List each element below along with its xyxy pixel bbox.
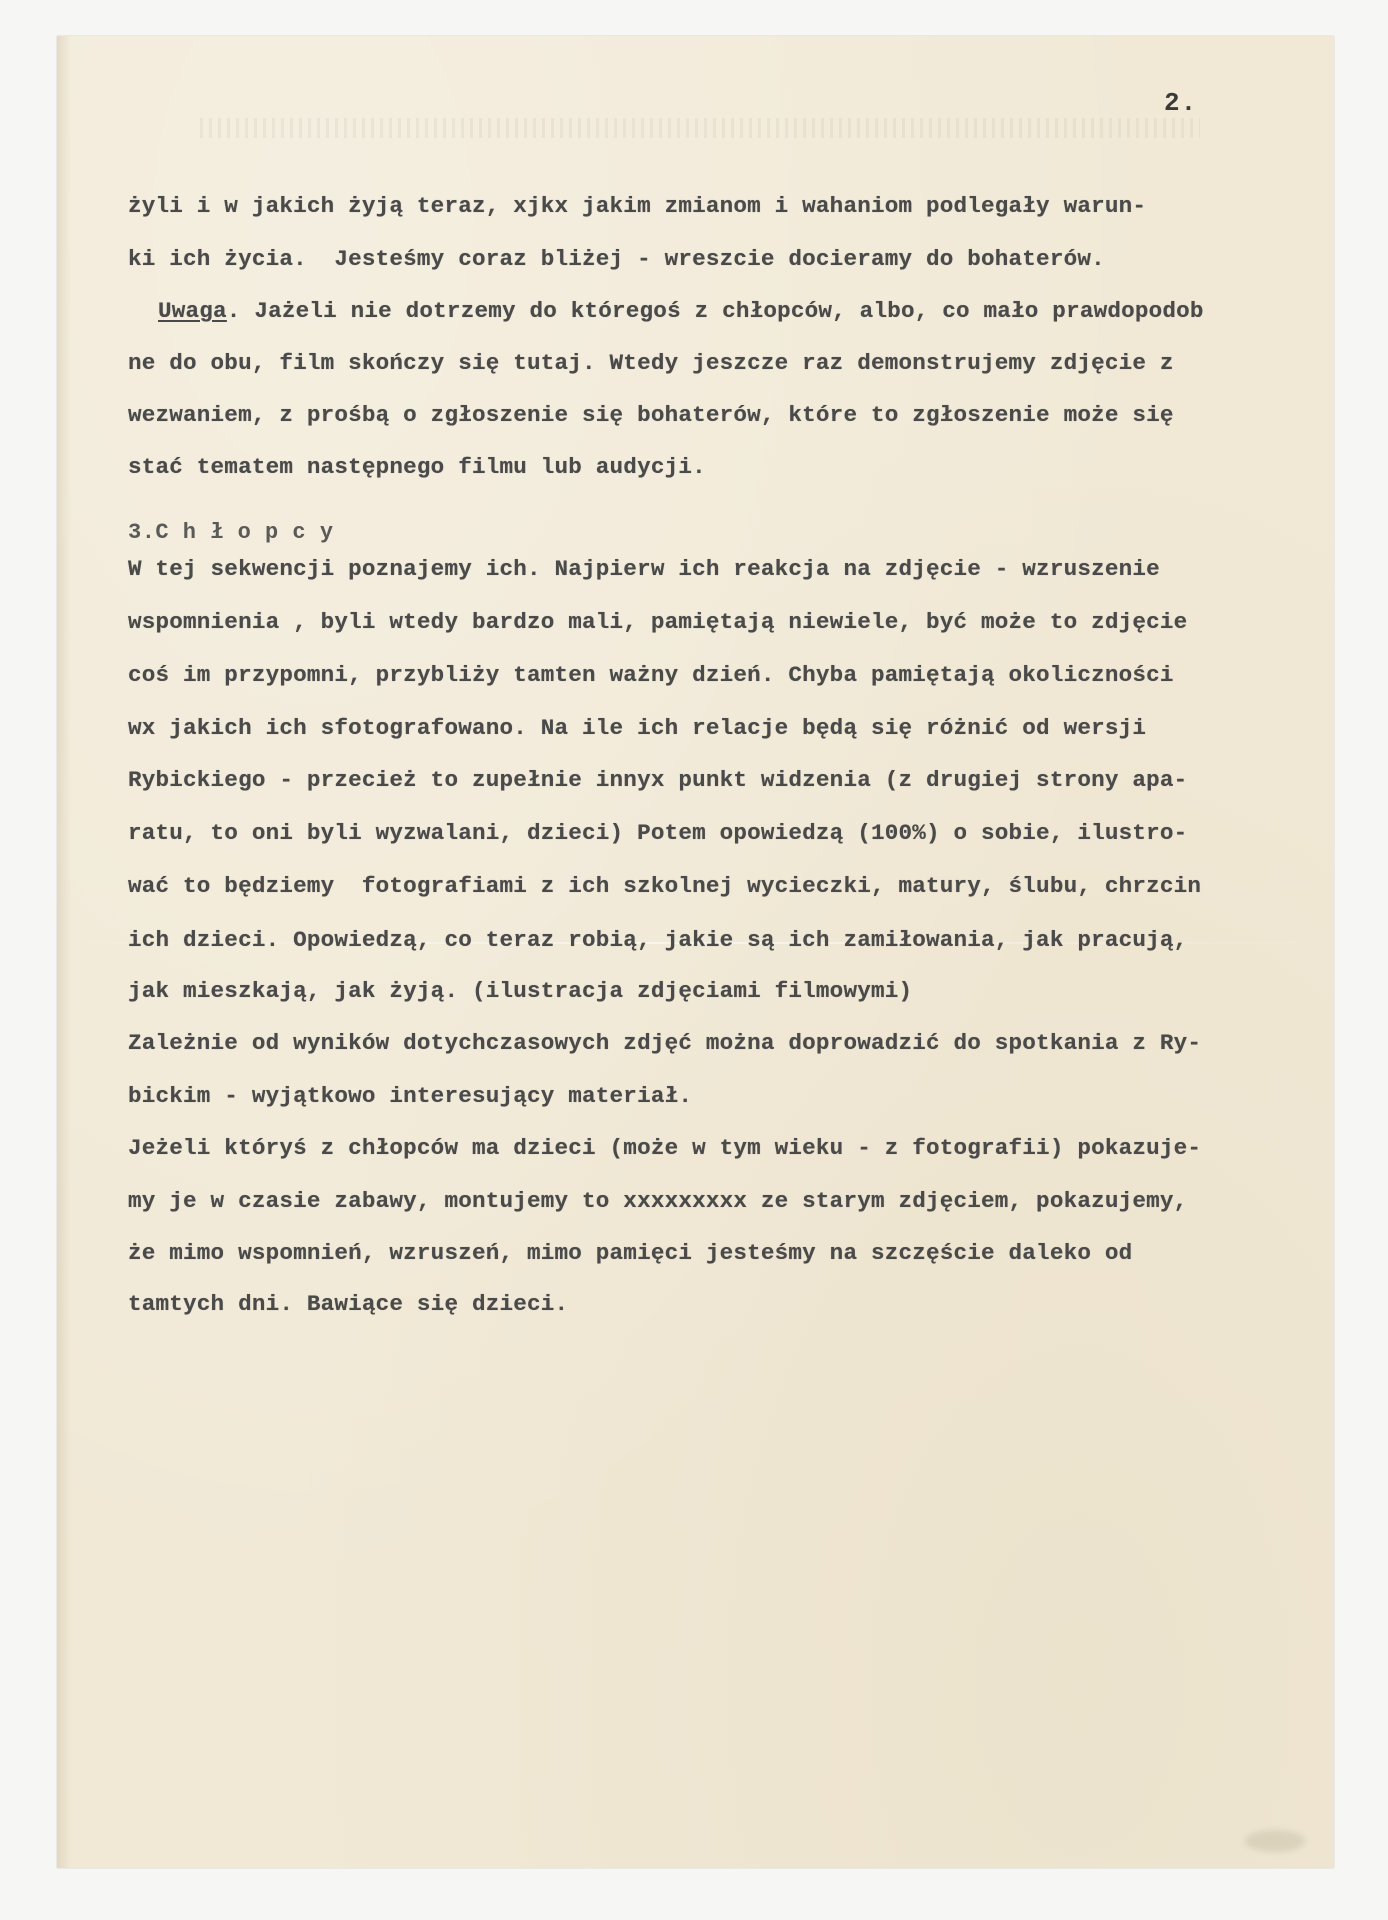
text-line: Rybickiego - przecież to zupełnie innyx …	[128, 767, 1187, 793]
text-line: wx jakich ich sfotografowano. Na ile ich…	[128, 715, 1146, 741]
note-label: Uwaga	[158, 298, 227, 324]
text-line: ne do obu, film skończy się tutaj. Wtedy…	[128, 350, 1174, 376]
text-line: ki ich życia. Jesteśmy coraz bliżej - wr…	[128, 246, 1105, 272]
text-line: bickim - wyjątkowo interesujący materiał…	[128, 1083, 692, 1109]
page-number: 2.	[1164, 88, 1197, 118]
bleed-through-text	[200, 118, 1200, 138]
text-line: ratu, to oni byli wyzwalani, dzieci) Pot…	[128, 820, 1187, 846]
note-line-rest: . Jażeli nie dotrzemy do któregoś z chło…	[227, 298, 1204, 324]
text-line: my je w czasie zabawy, montujemy to xxxx…	[128, 1188, 1187, 1214]
text-line: wać to będziemy fotografiami z ich szkol…	[128, 873, 1201, 899]
text-line: wezwaniem, z prośbą o zgłoszenie się boh…	[128, 402, 1174, 428]
text-line: ich dzieci. Opowiedzą, co teraz robią, j…	[128, 927, 1187, 953]
text-line: że mimo wspomnień, wzruszeń, mimo pamięc…	[128, 1240, 1132, 1266]
text-line: coś im przypomni, przybliży tamten ważny…	[128, 662, 1174, 688]
text-line: jak mieszkają, jak żyją. (ilustracja zdj…	[128, 978, 912, 1004]
text-line: wspomnienia , byli wtedy bardzo mali, pa…	[128, 609, 1187, 635]
text-line: Jeżeli któryś z chłopców ma dzieci (może…	[128, 1135, 1201, 1161]
text-line: tamtych dni. Bawiące się dzieci.	[128, 1291, 568, 1317]
text-line: stać tematem następnego filmu lub audycj…	[128, 454, 706, 480]
section-heading: 3.C h ł o p c y	[128, 520, 334, 545]
text-line: żyli i w jakich żyją teraz, xjkx jakim z…	[128, 193, 1146, 219]
paper-stain	[1245, 1830, 1305, 1852]
text-line: Zależnie od wyników dotychczasowych zdję…	[128, 1030, 1201, 1056]
text-line: W tej sekwencji poznajemy ich. Najpierw …	[128, 556, 1160, 582]
note-line: Uwaga. Jażeli nie dotrzemy do któregoś z…	[158, 298, 1204, 324]
